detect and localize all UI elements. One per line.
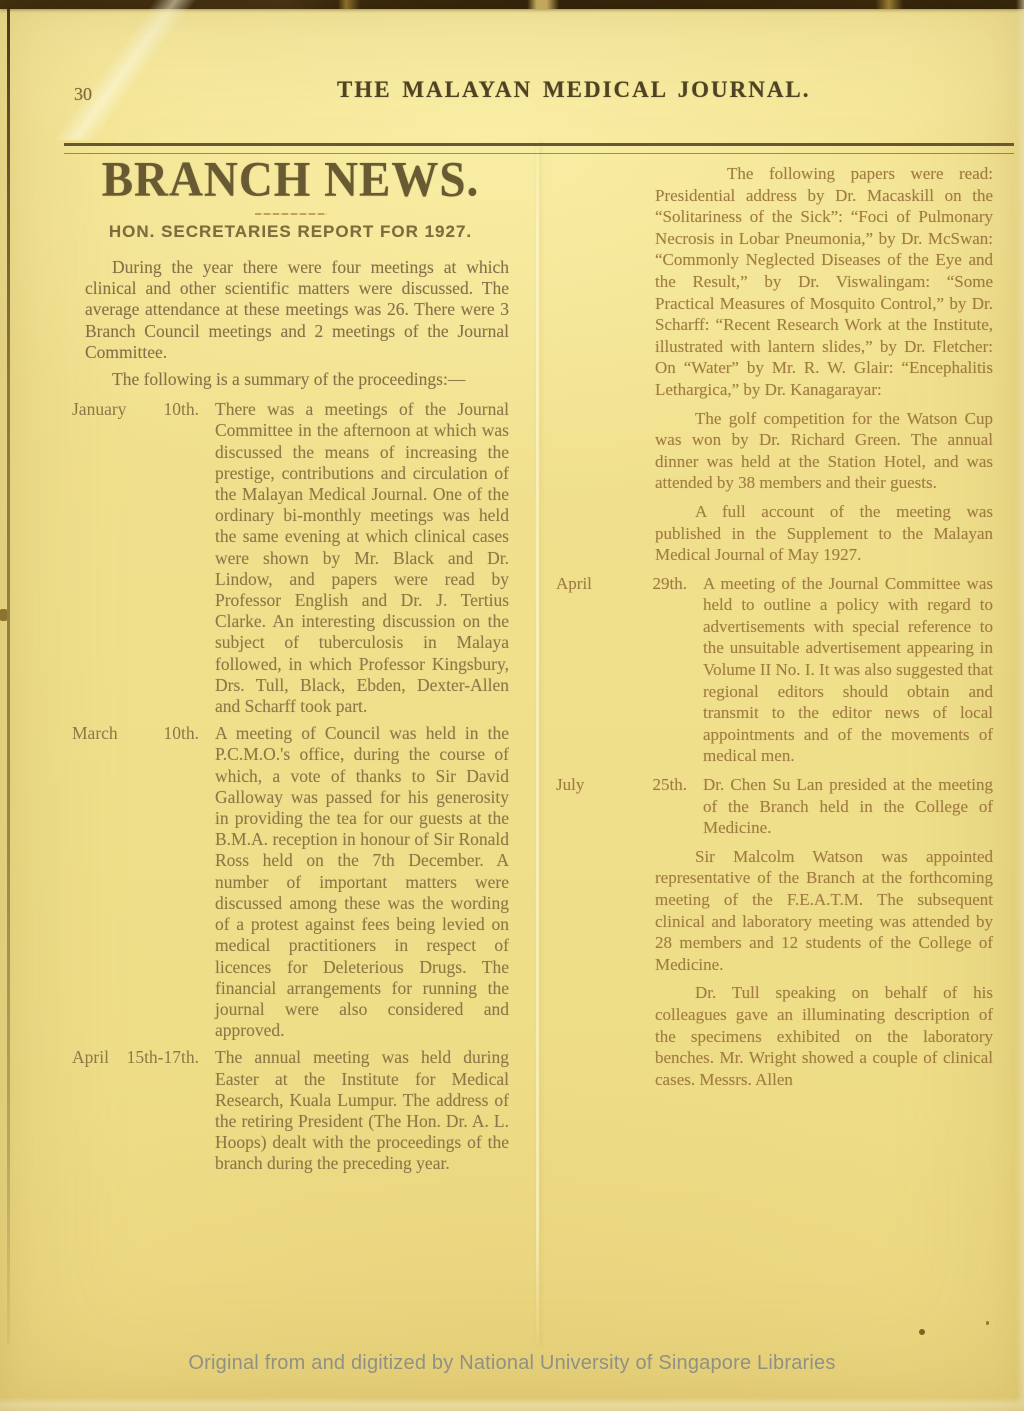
entry-january-10: January 10th. There was a meetings of th…: [72, 399, 509, 717]
article-subtitle: HON. SECRETARIES REPORT FOR 1927.: [72, 222, 509, 242]
entry-march-10: March 10th. A meeting of Council was hel…: [72, 723, 509, 1041]
journal-running-title: THE MALAYAN MEDICAL JOURNAL.: [337, 77, 811, 103]
entry-day: 10th.: [164, 399, 200, 717]
page-number: 30: [74, 84, 92, 105]
scan-bottom-edge: [0, 1397, 1024, 1411]
watson-representative-paragraph: Sir Malcolm Watson was appointed represe…: [655, 846, 993, 976]
entry-text: A meeting of the Journal Committee was h…: [703, 573, 993, 767]
left-column: BRANCH NEWS. HON. SECRETARIES REPORT FOR…: [72, 157, 509, 1181]
entry-month: July: [556, 774, 584, 839]
entry-text: A meeting of Council was held in the P.C…: [215, 723, 509, 1041]
entry-text: There was a meetings of the Journal Comm…: [215, 399, 509, 717]
digitization-attribution: Original from and digitized by National …: [0, 1352, 1024, 1375]
entry-day: 15th-17th.: [127, 1047, 199, 1174]
entry-text: The annual meeting was held during Easte…: [215, 1047, 509, 1174]
entry-month: April: [72, 1047, 109, 1174]
scan-top-border: [0, 0, 1024, 9]
title-ornament-rule: [255, 213, 327, 215]
entry-month: March: [72, 723, 118, 1041]
entry-day: 25th.: [653, 774, 687, 839]
ink-speck: [0, 609, 7, 621]
ink-speck: [919, 1329, 925, 1335]
entry-text: Dr. Chen Su Lan presided at the meeting …: [703, 774, 993, 839]
entry-month: January: [72, 399, 126, 717]
golf-competition-paragraph: The golf competition for the Watson Cup …: [655, 408, 993, 494]
paper-fold-highlight: [0, 0, 250, 140]
entry-april-15-17: April 15th-17th. The annual meeting was …: [72, 1047, 509, 1174]
scan-right-edge: [1016, 0, 1024, 1411]
summary-lead-paragraph: The following is a summary of the procee…: [85, 369, 509, 390]
entry-date-label: January 10th.: [72, 399, 215, 717]
ink-speck: [986, 1321, 989, 1325]
entry-july-25: July 25th. Dr. Chen Su Lan presided at t…: [556, 774, 993, 839]
scanned-journal-page: 30 THE MALAYAN MEDICAL JOURNAL. BRANCH N…: [0, 0, 1024, 1411]
entry-day: 29th.: [653, 573, 687, 767]
papers-read-paragraph: The following papers were read: Presiden…: [655, 163, 993, 401]
entry-date-label: April 29th.: [556, 573, 703, 767]
entry-date-label: March 10th.: [72, 723, 215, 1041]
full-account-paragraph: A full account of the meeting was publis…: [655, 501, 993, 566]
column-crease: [536, 140, 539, 1345]
article-title: BRANCH NEWS.: [72, 156, 509, 205]
entry-date-label: July 25th.: [556, 774, 703, 839]
tull-specimens-paragraph: Dr. Tull speaking on behalf of his colle…: [655, 982, 993, 1090]
right-column: The following papers were read: Presiden…: [556, 163, 993, 1097]
entry-month: April: [556, 573, 592, 767]
entry-date-label: April 15th-17th.: [72, 1047, 215, 1174]
scan-left-edge-line: [7, 9, 10, 1345]
intro-paragraph: During the year there were four meetings…: [85, 257, 509, 363]
entry-day: 10th.: [164, 723, 200, 1041]
entry-april-29: April 29th. A meeting of the Journal Com…: [556, 573, 993, 767]
